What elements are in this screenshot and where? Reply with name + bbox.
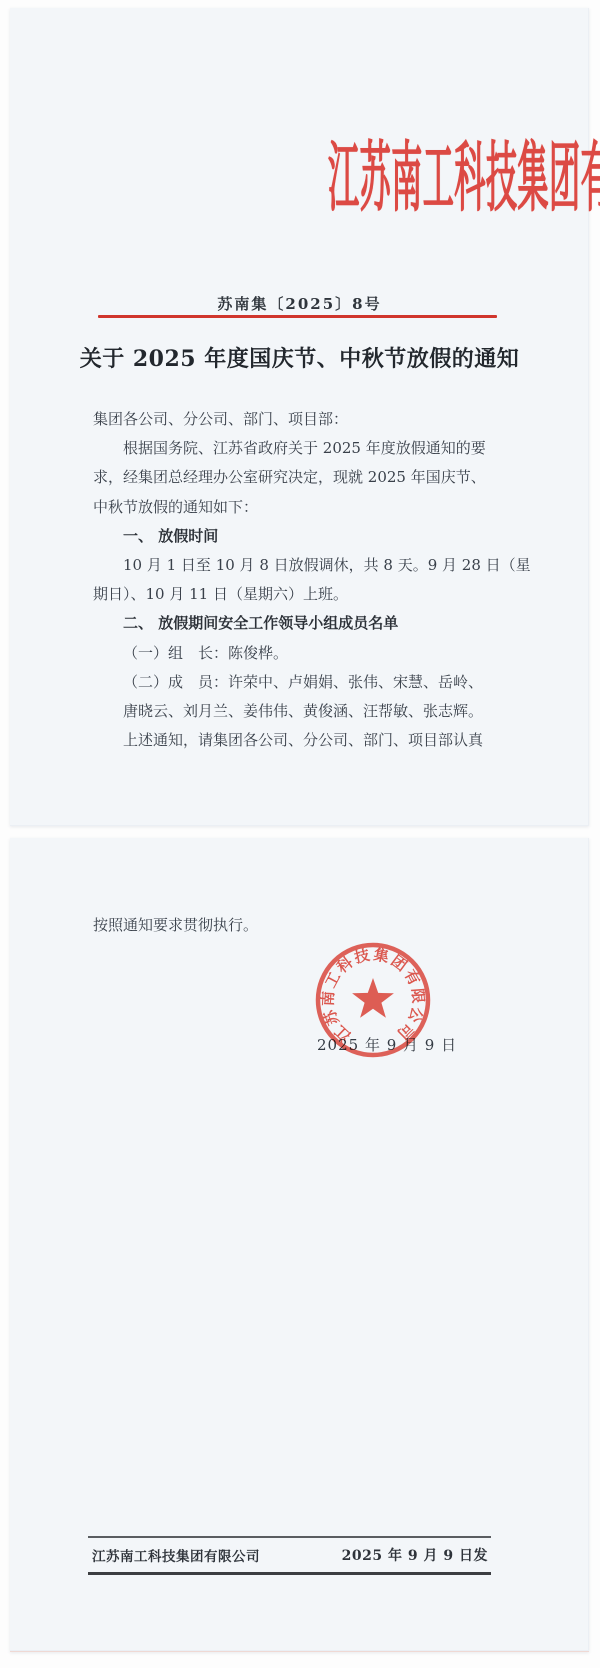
body-line: （一）组 长：陈俊桦。 xyxy=(93,639,503,668)
red-separator-rule xyxy=(98,315,497,318)
body-line: 上述通知，请集团各公司、分公司、部门、项目部认真 xyxy=(93,726,503,755)
body-line: （二）成 员：许荣中、卢娟娟、张伟、宋慧、岳岭、 xyxy=(93,668,503,697)
body-line: 期日）、10 月 11 日（星期六）上班。 xyxy=(93,580,503,609)
body-line: 求，经集团总经理办公室研究决定，现就 2025 年国庆节、 xyxy=(93,463,503,492)
body-line: 10 月 1 日至 10 月 8 日放假调休，共 8 天。9 月 28 日（星 xyxy=(93,551,503,580)
document-number: 苏南集〔2025〕8号 xyxy=(10,293,589,314)
seal-company-text: 江苏南工科技集团有限公司 xyxy=(319,945,428,1045)
body-line: 根据国务院、江苏省政府关于 2025 年度放假通知的要 xyxy=(93,434,503,463)
seal-date: 2025 年 9 月 9 日 xyxy=(317,1034,457,1055)
company-file-title: 江苏南工科技集团有限公司文件 xyxy=(328,132,600,224)
red-header-title: 江苏南工科技集团有限公司文件 xyxy=(10,132,589,224)
body-line: 中秋节放假的通知如下： xyxy=(93,493,503,522)
document-page-2: 按照通知要求贯彻执行。 2025 年 9 月 9 日 江苏南工科技集团有限公司 … xyxy=(10,838,589,1652)
notice-title: 关于 2025 年度国庆节、中秋节放假的通知 xyxy=(10,342,589,373)
body-line-section-1: 一、 放假时间 xyxy=(93,522,503,551)
scanned-document: 江苏南工科技集团有限公司文件 苏南集〔2025〕8号 关于 2025 年度国庆节… xyxy=(0,0,600,1668)
document-page-1: 江苏南工科技集团有限公司文件 苏南集〔2025〕8号 关于 2025 年度国庆节… xyxy=(10,8,589,826)
footer-issuer: 江苏南工科技集团有限公司 xyxy=(92,1545,260,1565)
body-line: 集团各公司、分公司、部门、项目部： xyxy=(93,405,503,434)
body-line-section-2: 二、 放假期间安全工作领导小组成员名单 xyxy=(93,609,503,638)
notice-body: 集团各公司、分公司、部门、项目部： 根据国务院、江苏省政府关于 2025 年度放… xyxy=(93,405,503,755)
footer-rule-bottom xyxy=(88,1572,491,1575)
footer-issue-date: 2025 年 9 月 9 日发 xyxy=(342,1545,488,1565)
closing-line: 按照通知要求贯彻执行。 xyxy=(93,914,258,935)
body-line: 唐晓云、刘月兰、姜伟伟、黄俊涵、汪帮敏、张志辉。 xyxy=(93,697,503,726)
svg-text:江苏南工科技集团有限公司: 江苏南工科技集团有限公司 xyxy=(319,945,428,1045)
document-footer: 江苏南工科技集团有限公司 2025 年 9 月 9 日发 xyxy=(88,1536,491,1572)
seal-star-icon xyxy=(352,978,394,1018)
